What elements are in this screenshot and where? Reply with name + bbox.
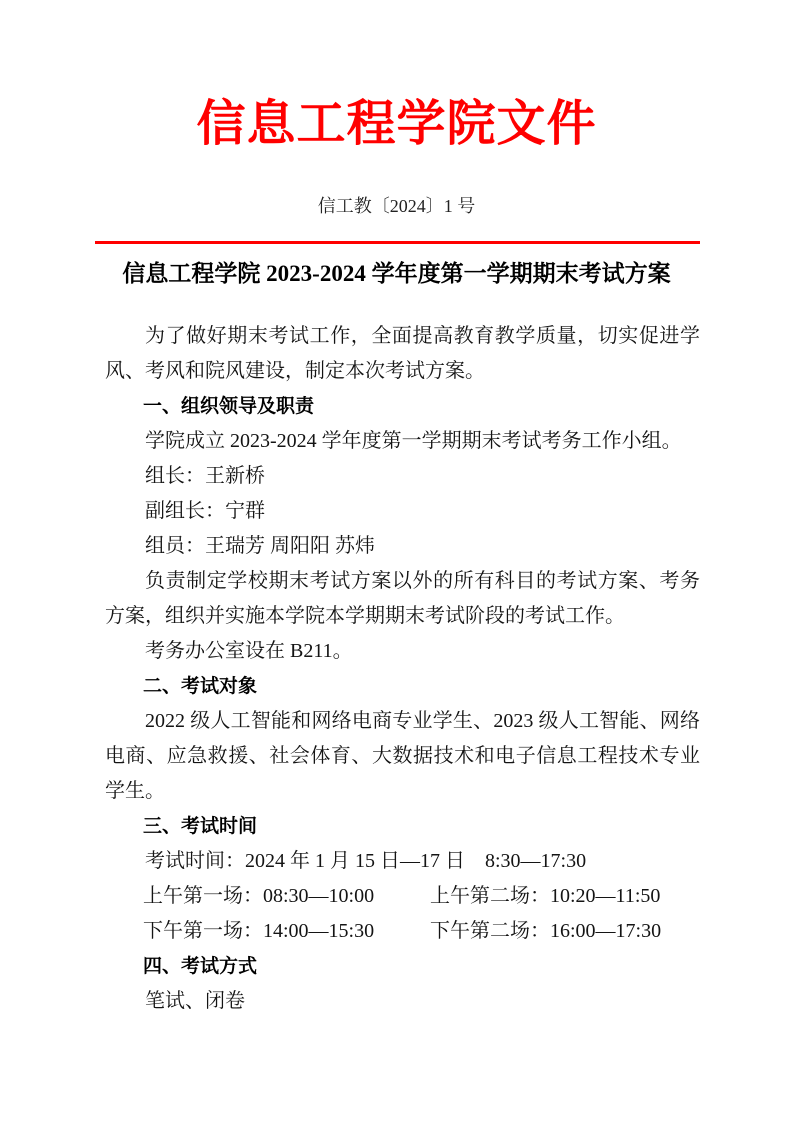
section1-office-line: 考务办公室设在 B211。 [105, 634, 700, 669]
section1-deputy-leader-line: 副组长：宁群 [105, 494, 700, 529]
morning-slots-row: 上午第一场：08:30—10:00 上午第二场：10:20—11:50 [105, 879, 700, 914]
red-divider-line [95, 241, 700, 244]
section1-duties-paragraph: 负责制定学校期末考试方案以外的所有科目的考试方案、考务方案，组织并实施本学院本学… [105, 564, 700, 634]
section2-heading: 二、考试对象 [105, 669, 700, 704]
afternoon-slot-2: 下午第二场：16:00—17:30 [430, 914, 700, 949]
afternoon-slots-row: 下午第一场：14:00—15:30 下午第二场：16:00—17:30 [105, 914, 700, 949]
document-banner-title: 信息工程学院文件 [0, 98, 793, 150]
section3-heading: 三、考试时间 [105, 809, 700, 844]
document-page: 信息工程学院文件 信工教〔2024〕1 号 信息工程学院 2023-2024 学… [0, 0, 793, 1122]
section1-committee-line: 学院成立 2023-2024 学年度第一学期期末考试考务工作小组。 [105, 424, 700, 459]
section4-exam-format-line: 笔试、闭卷 [105, 984, 700, 1019]
afternoon-slot-1: 下午第一场：14:00—15:30 [143, 914, 430, 949]
document-title: 信息工程学院 2023-2024 学年度第一学期期末考试方案 [40, 257, 753, 291]
section1-leader-line: 组长：王新桥 [105, 459, 700, 494]
document-body: 为了做好期末考试工作，全面提高教育教学质量，切实促进学风、考风和院风建设，制定本… [105, 319, 700, 1019]
section2-exam-targets-paragraph: 2022 级人工智能和网络电商专业学生、2023 级人工智能、网络电商、应急救援… [105, 704, 700, 809]
morning-slot-2: 上午第二场：10:20—11:50 [430, 879, 700, 914]
section1-heading: 一、组织领导及职责 [105, 389, 700, 424]
section3-overall-time-line: 考试时间：2024 年 1 月 15 日—17 日 8:30—17:30 [105, 844, 700, 879]
section1-members-line: 组员：王瑞芳 周阳阳 苏炜 [105, 529, 700, 564]
section4-heading: 四、考试方式 [105, 949, 700, 984]
morning-slot-1: 上午第一场：08:30—10:00 [143, 879, 430, 914]
intro-paragraph: 为了做好期末考试工作，全面提高教育教学质量，切实促进学风、考风和院风建设，制定本… [105, 319, 700, 389]
document-number: 信工教〔2024〕1 号 [0, 196, 793, 216]
